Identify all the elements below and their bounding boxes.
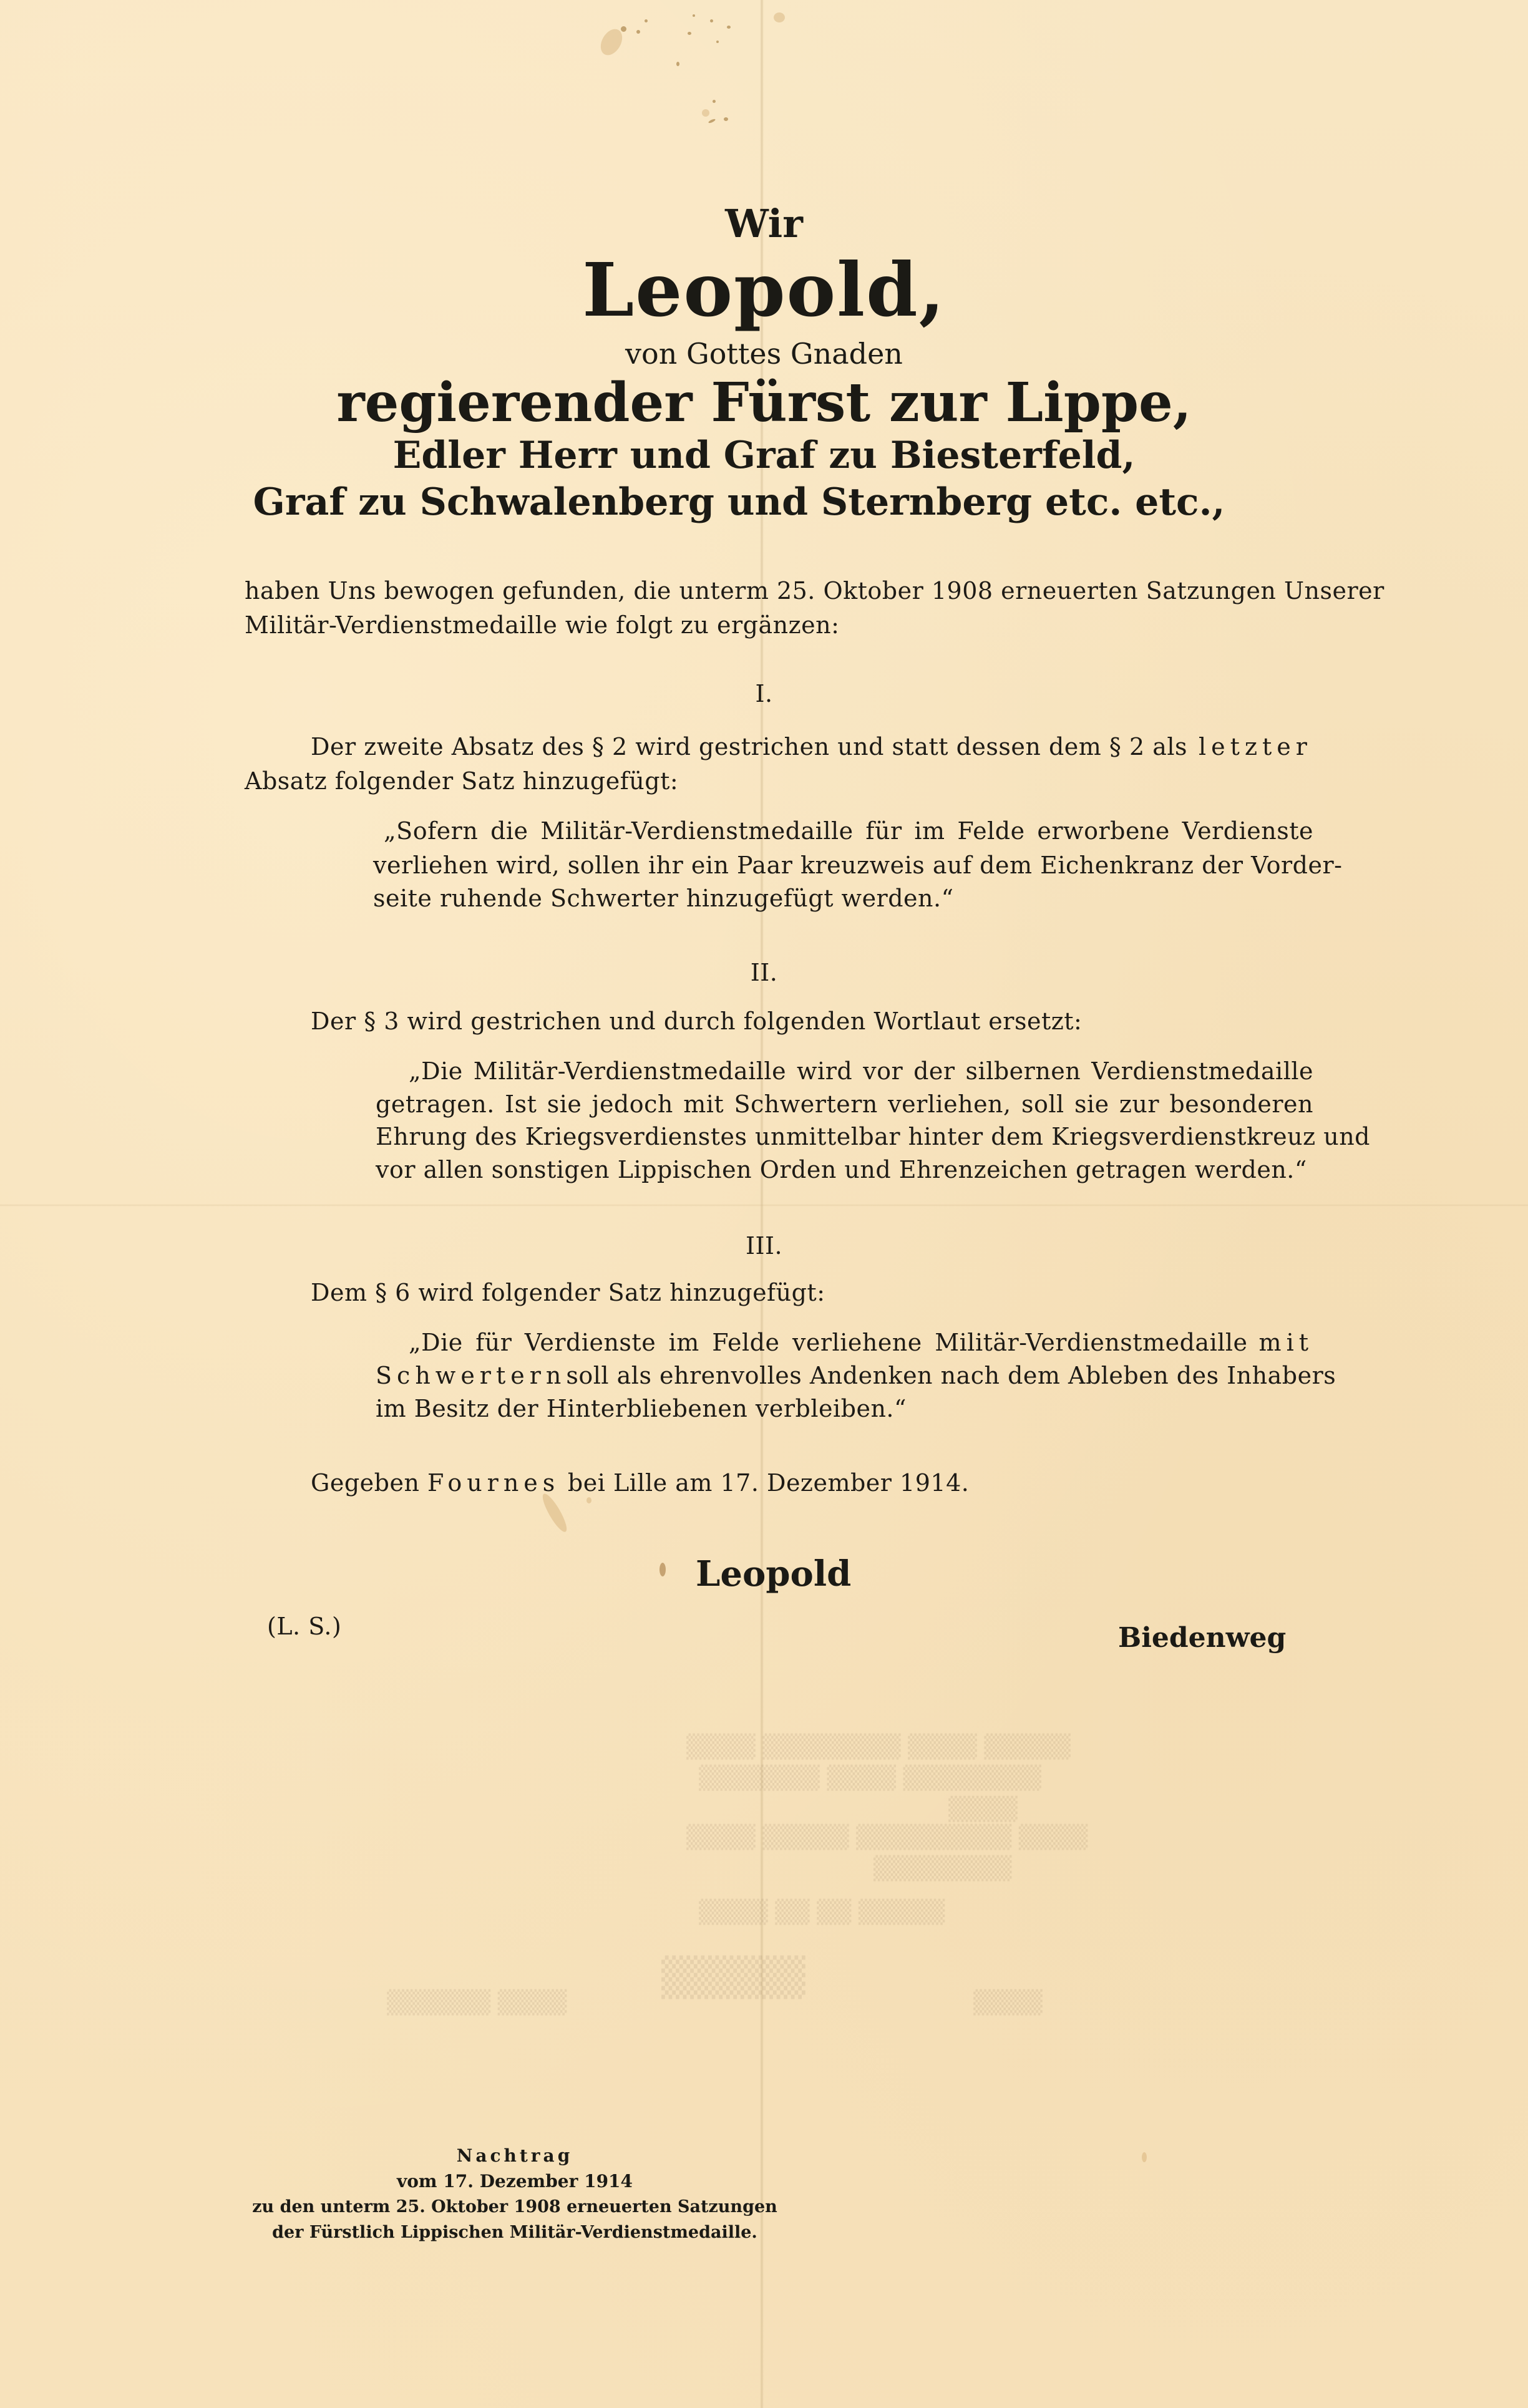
dateline-suffix: bei Lille am 17. Dezember 1914. <box>560 1469 969 1497</box>
section-1-quote-line-1: „Sofern die Militär-Verdienstmedaille fü… <box>384 817 1313 845</box>
section-2-numeral: II. <box>0 959 1528 986</box>
section-3-quote-line-2: Schwertern soll als ehrenvolles Andenken… <box>376 1362 1313 1389</box>
section-3-quote-text: „Die für Verdienste im Felde verliehene … <box>409 1329 1259 1356</box>
section-3-quote-line-1: „Die für Verdienste im Felde verliehene … <box>409 1329 1313 1356</box>
heading-by-grace-of-god: von Gottes Gnaden <box>0 337 1528 371</box>
section-3-quote-line-3: im Besitz der Hinterbliebenen verbleiben… <box>376 1395 907 1422</box>
section-1-lead-text: Der zweite Absatz des § 2 wird gestriche… <box>311 733 1199 760</box>
section-2-quote-line-3: Ehrung des Kriegsverdienstes unmittelbar… <box>376 1123 1313 1150</box>
seal-mark: (L. S.) <box>267 1613 341 1640</box>
footer-reference: zu den unterm 25. Oktober 1908 erneuerte… <box>218 2194 811 2220</box>
signature-countersign: Biedenweg <box>1118 1622 1286 1654</box>
section-3-quote-text-2: soll als ehrenvolles Andenken nach dem A… <box>566 1362 1336 1389</box>
section-2-quote-line-2: getragen. Ist sie jedoch mit Schwertern … <box>376 1090 1313 1118</box>
section-3-emphasis-mit: mit <box>1259 1329 1313 1356</box>
heading-title-schwalenberg: Graf zu Schwalenberg und Sternberg etc. … <box>0 480 1503 524</box>
dateline-prefix: Gegeben <box>311 1469 427 1497</box>
footer-subject: der Fürstlich Lippischen Militär-Verdien… <box>218 2220 811 2245</box>
section-1-emphasis-letzter: letzter <box>1199 733 1312 760</box>
section-2-quote-line-4: vor allen sonstigen Lippischen Orden und… <box>376 1156 1307 1183</box>
section-2-quote-line-1: „Die Militär-Verdienstmedaille wird vor … <box>409 1057 1313 1085</box>
footer-note: Nachtrag vom 17. Dezember 1914 zu den un… <box>218 2143 811 2245</box>
section-3-numeral: III. <box>0 1232 1528 1260</box>
section-1-numeral: I. <box>0 680 1528 707</box>
heading-title-biesterfeld: Edler Herr und Graf zu Biesterfeld, <box>0 434 1528 477</box>
section-1-lead-line-2: Absatz folgender Satz hinzugefügt: <box>245 767 678 795</box>
section-1-quote-line-3: seite ruhende Schwerter hinzugefügt werd… <box>373 885 954 912</box>
horizontal-fold-crease <box>0 1204 1528 1206</box>
section-1-quote-line-2: verliehen wird, sollen ihr ein Paar kreu… <box>373 852 1313 879</box>
heading-wir: Wir <box>0 201 1528 246</box>
dateline-place: Fournes <box>427 1469 560 1497</box>
heading-title-prince: regierender Fürst zur Lippe, <box>0 371 1528 434</box>
heading-sovereign-name: Leopold, <box>0 246 1528 333</box>
footer-title: Nachtrag <box>218 2143 811 2169</box>
footer-date: vom 17. Dezember 1914 <box>218 2169 811 2194</box>
dateline: Gegeben Fournes bei Lille am 17. Dezembe… <box>311 1469 969 1497</box>
section-3-lead: Dem § 6 wird folgender Satz hinzugefügt: <box>311 1279 825 1306</box>
signature-sovereign: Leopold <box>696 1553 851 1595</box>
intro-line-2: Militär-Verdienstmedaille wie folgt zu e… <box>245 611 839 639</box>
section-3-emphasis-schwertern: Schwertern <box>376 1362 566 1389</box>
section-1-lead-line-1: Der zweite Absatz des § 2 wird gestriche… <box>311 733 1311 760</box>
intro-line-1: haben Uns bewogen gefunden, die unterm 2… <box>245 577 1311 604</box>
section-2-lead: Der § 3 wird gestrichen und durch folgen… <box>311 1007 1082 1035</box>
